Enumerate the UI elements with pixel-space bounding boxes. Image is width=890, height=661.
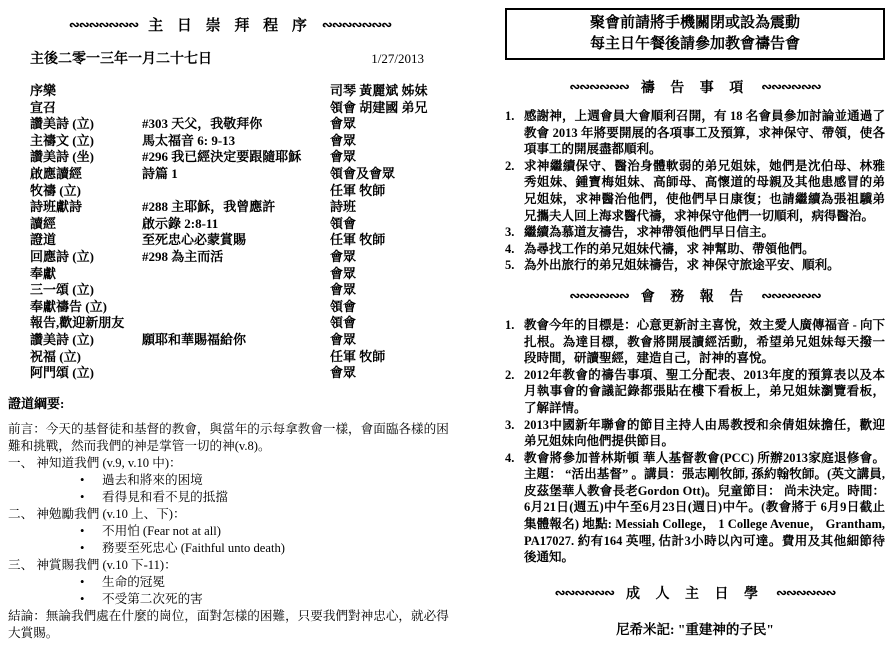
report-item: 4.教會將參加普林斯頓 華人基督教會(PCC) 所辦2013家庭退修會。主題： …	[505, 450, 885, 566]
prayer-section-heading: 禱 告 事 項	[641, 77, 750, 97]
program-item-detail: 馬太福音 6: 9-13	[142, 133, 330, 150]
outline-bullet-text: 不受第二次死的害	[102, 591, 203, 608]
swirl-divider-icon: ∾∾∾∾∾∾	[569, 79, 628, 95]
program-row: 牧禱 (立)任軍 牧師	[30, 183, 452, 200]
swirl-divider-icon: ∾∾∾∾∾∾	[555, 585, 614, 601]
program-item-label: 三一頌 (立)	[30, 282, 142, 299]
swirl-divider-icon: ∾∾∾∾∾∾	[761, 288, 820, 304]
program-row: 讀經啟示錄 2:8-11領會	[30, 216, 452, 233]
item-number: 4.	[505, 450, 524, 566]
report-item: 1.教會今年的目標是：心意更新討主喜悅，效主愛人廣傳福音 - 向下扎根。為達目標…	[505, 317, 885, 367]
program-item-leader: 領會	[330, 216, 452, 233]
item-number: 5.	[505, 257, 524, 274]
worship-program-column: ∾∾∾∾∾∾∾ 主 日 崇 拜 程 序 ∾∾∾∾∾∾∾ 主後二零一三年一月二十七…	[8, 14, 452, 642]
program-row: 奉獻禱告 (立)領會	[30, 299, 452, 316]
program-item-leader: 司琴 黃麗斌 姊妹	[330, 83, 452, 100]
item-text: 教會將參加普林斯頓 華人基督教會(PCC) 所辦2013家庭退修會。主題： “活…	[524, 450, 885, 566]
program-item-label: 回應詩 (立)	[30, 249, 142, 266]
program-row: 回應詩 (立)#298 為主而活會眾	[30, 249, 452, 266]
date-numeric: 1/27/2013	[371, 51, 424, 67]
program-item-detail	[142, 83, 330, 100]
swirl-divider-icon: ∾∾∾∾∾∾∾	[322, 17, 391, 33]
prayer-section-heading-row: ∾∾∾∾∾∾ 禱 告 事 項 ∾∾∾∾∾∾	[505, 77, 885, 97]
program-item-leader: 詩班	[330, 199, 452, 216]
outline-bullet-item: •過去和將來的困境	[8, 472, 452, 489]
program-item-leader: 會眾	[330, 266, 452, 283]
program-item-detail: #303 天父，我敬拜你	[142, 116, 330, 133]
program-item-detail	[142, 183, 330, 200]
program-item-leader: 任軍 牧師	[330, 349, 452, 366]
program-row: 啟應讀經詩篇 1領會及會眾	[30, 166, 452, 183]
bullet-icon: •	[80, 472, 102, 489]
program-item-detail: 至死忠心必蒙賞賜	[142, 232, 330, 249]
item-text: 教會今年的目標是：心意更新討主喜悅，效主愛人廣傳福音 - 向下扎根。為達目標，教…	[524, 317, 885, 367]
item-number: 1.	[505, 108, 524, 158]
program-row: 報告,歡迎新朋友領會	[30, 315, 452, 332]
item-number: 4.	[505, 241, 524, 258]
report-section-heading-row: ∾∾∾∾∾∾ 會 務 報 告 ∾∾∾∾∾∾	[505, 286, 885, 306]
church-bulletin-page: ∾∾∾∾∾∾∾ 主 日 崇 拜 程 序 ∾∾∾∾∾∾∾ 主後二零一三年一月二十七…	[0, 0, 890, 661]
item-number: 2.	[505, 158, 524, 224]
prayer-item: 1.感謝神，上週會員大會順利召開，有 18 名會員參加討論並通過了教會 2013…	[505, 108, 885, 158]
program-item-leader: 會眾	[330, 149, 452, 166]
program-item-label: 報告,歡迎新朋友	[30, 315, 142, 332]
program-item-leader: 任軍 牧師	[330, 232, 452, 249]
date-chinese: 主後二零一三年一月二十七日	[30, 48, 212, 68]
program-item-leader: 會眾	[330, 332, 452, 349]
program-row: 詩班獻詩#288 主耶穌，我曾應許詩班	[30, 199, 452, 216]
item-text: 繼續為慕道友禱告，求神帶領他們早日信主。	[524, 224, 885, 241]
swirl-divider-icon: ∾∾∾∾∾∾	[776, 585, 835, 601]
program-item-label: 主禱文 (立)	[30, 133, 142, 150]
sunday-school-heading: 成 人 主 日 學	[626, 583, 764, 603]
program-item-detail: #298 為主而活	[142, 249, 330, 266]
program-row: 序樂司琴 黃麗斌 姊妹	[30, 83, 452, 100]
item-text: 為外出旅行的弟兄姐妹禱告，求 神保守旅途平安、順利。	[524, 257, 885, 274]
program-item-leader: 會眾	[330, 365, 452, 382]
sermon-outline: 證道綱要: 前言：今天的基督徒和基督的教會，與當年的示每拿教會一樣，會面臨各樣的…	[8, 395, 452, 642]
program-row: 宣召領會 胡建國 弟兄	[30, 100, 452, 117]
item-number: 1.	[505, 317, 524, 367]
swirl-divider-icon: ∾∾∾∾∾∾	[761, 79, 820, 95]
program-item-label: 奉獻禱告 (立)	[30, 299, 142, 316]
prayer-item: 4.為尋找工作的弟兄姐妹代禱，求 神幫助、帶領他們。	[505, 241, 885, 258]
program-item-detail	[142, 365, 330, 382]
program-item-label: 祝福 (立)	[30, 349, 142, 366]
item-text: 2012年教會的禱告事項、聖工分配表、2013年度的預算表以及本月執事會的會議記…	[524, 367, 885, 417]
bullet-icon: •	[80, 540, 102, 557]
outline-bullet-text: 過去和將來的困境	[102, 472, 203, 489]
outline-section-title: 三、 神賞賜我們 (v.10 下-11)：	[8, 557, 452, 574]
report-items-list: 1.教會今年的目標是：心意更新討主喜悅，效主愛人廣傳福音 - 向下扎根。為達目標…	[505, 317, 885, 566]
item-text: 感謝神，上週會員大會順利召開，有 18 名會員參加討論並通過了教會 2013 年…	[524, 108, 885, 158]
outline-bullet-text: 不用怕 (Fear not at all)	[102, 523, 221, 540]
worship-program-title-row: ∾∾∾∾∾∾∾ 主 日 崇 拜 程 序 ∾∾∾∾∾∾∾	[8, 14, 452, 35]
program-item-detail	[142, 100, 330, 117]
item-text: 2013中國新年聯會的節目主持人由馬教授和余倩姐妹擔任，歡迎弟兄姐妹向他們提供節…	[524, 417, 885, 450]
program-row: 讚美詩 (立)願耶和華賜福給你會眾	[30, 332, 452, 349]
outline-bullet-text: 生命的冠冕	[102, 574, 165, 591]
notice-line-2: 每主日午餐後請參加教會禱告會	[509, 34, 881, 55]
program-item-label: 讚美詩 (坐)	[30, 149, 142, 166]
item-number: 3.	[505, 417, 524, 450]
sermon-outline-sections: 一、 神知道我們 (v.9, v.10 中)：•過去和將來的困境•看得見和看不見…	[8, 455, 452, 608]
program-row: 祝福 (立)任軍 牧師	[30, 349, 452, 366]
program-item-detail: 願耶和華賜福給你	[142, 332, 330, 349]
program-item-detail	[142, 282, 330, 299]
program-item-label: 牧禱 (立)	[30, 183, 142, 200]
program-item-leader: 會眾	[330, 133, 452, 150]
program-item-label: 阿門頌 (立)	[30, 365, 142, 382]
program-item-label: 宣召	[30, 100, 142, 117]
program-item-label: 序樂	[30, 83, 142, 100]
outline-bullet-item: •不用怕 (Fear not at all)	[8, 523, 452, 540]
program-item-detail	[142, 266, 330, 283]
program-item-label: 證道	[30, 232, 142, 249]
bullet-icon: •	[80, 574, 102, 591]
notice-box: 聚會前請將手機關閉或設為震動 每主日午餐後請參加教會禱告會	[505, 8, 885, 60]
announcements-column: 聚會前請將手機關閉或設為震動 每主日午餐後請參加教會禱告會 ∾∾∾∾∾∾ 禱 告…	[505, 8, 885, 638]
program-item-label: 奉獻	[30, 266, 142, 283]
program-row: 讚美詩 (坐)#296 我已經決定要跟隨耶穌會眾	[30, 149, 452, 166]
program-item-detail	[142, 299, 330, 316]
item-text: 為尋找工作的弟兄姐妹代禱，求 神幫助、帶領他們。	[524, 241, 885, 258]
program-item-leader: 領會	[330, 315, 452, 332]
program-row: 主禱文 (立)馬太福音 6: 9-13會眾	[30, 133, 452, 150]
outline-bullet-item: •生命的冠冕	[8, 574, 452, 591]
program-item-detail	[142, 315, 330, 332]
program-item-leader: 會眾	[330, 116, 452, 133]
report-section-heading: 會 務 報 告	[641, 286, 750, 306]
sunday-school-heading-row: ∾∾∾∾∾∾ 成 人 主 日 學 ∾∾∾∾∾∾	[505, 583, 885, 603]
item-number: 3.	[505, 224, 524, 241]
program-item-leader: 任軍 牧師	[330, 183, 452, 200]
swirl-divider-icon: ∾∾∾∾∾∾	[569, 288, 628, 304]
item-text: 求神繼續保守、醫治身體軟弱的弟兄姐妹，她們是沈伯母、林雅秀姐妹、鍾寶梅姐妹、高師…	[524, 158, 885, 224]
outline-section-title: 一、 神知道我們 (v.9, v.10 中)：	[8, 455, 452, 472]
bullet-icon: •	[80, 591, 102, 608]
swirl-divider-icon: ∾∾∾∾∾∾∾	[69, 17, 138, 33]
program-item-detail: #296 我已經決定要跟隨耶穌	[142, 149, 330, 166]
outline-bullet-item: •務要至死忠心 (Faithful unto death)	[8, 540, 452, 557]
prayer-item: 3.繼續為慕道友禱告，求神帶領他們早日信主。	[505, 224, 885, 241]
program-item-label: 讚美詩 (立)	[30, 332, 142, 349]
sunday-school-subtitle: 尼希米記: "重建神的子民"	[505, 618, 885, 638]
program-item-label: 詩班獻詩	[30, 199, 142, 216]
sermon-outline-heading: 證道綱要:	[8, 395, 452, 412]
program-row: 讚美詩 (立)#303 天父，我敬拜你會眾	[30, 116, 452, 133]
program-row: 阿門頌 (立)會眾	[30, 365, 452, 382]
program-row: 奉獻會眾	[30, 266, 452, 283]
bullet-icon: •	[80, 489, 102, 506]
outline-section-title: 二、 神勉勵我們 (v.10 上、下)：	[8, 506, 452, 523]
report-item: 3.2013中國新年聯會的節目主持人由馬教授和余倩姐妹擔任，歡迎弟兄姐妹向他們提…	[505, 417, 885, 450]
program-item-leader: 會眾	[330, 249, 452, 266]
outline-bullet-item: •看得見和看不見的抵擋	[8, 489, 452, 506]
report-item: 2.2012年教會的禱告事項、聖工分配表、2013年度的預算表以及本月執事會的會…	[505, 367, 885, 417]
program-item-label: 讚美詩 (立)	[30, 116, 142, 133]
program-list: 序樂司琴 黃麗斌 姊妹宣召領會 胡建國 弟兄讚美詩 (立)#303 天父，我敬拜…	[30, 83, 452, 382]
program-row: 三一頌 (立)會眾	[30, 282, 452, 299]
sermon-outline-conclusion: 結論：無論我們處在什麼的崗位，面對怎樣的困難，只要我們對神忠心，就必得大賞賜。	[8, 608, 452, 642]
prayer-item: 5.為外出旅行的弟兄姐妹禱告，求 神保守旅途平安、順利。	[505, 257, 885, 274]
outline-bullet-text: 看得見和看不見的抵擋	[102, 489, 228, 506]
program-item-detail: 啟示錄 2:8-11	[142, 216, 330, 233]
program-item-leader: 會眾	[330, 282, 452, 299]
bullet-icon: •	[80, 523, 102, 540]
program-item-leader: 領會 胡建國 弟兄	[330, 100, 452, 117]
program-item-leader: 領會及會眾	[330, 166, 452, 183]
program-item-label: 讀經	[30, 216, 142, 233]
program-row: 證道至死忠心必蒙賞賜任軍 牧師	[30, 232, 452, 249]
program-item-leader: 領會	[330, 299, 452, 316]
outline-bullet-text: 務要至死忠心 (Faithful unto death)	[102, 540, 285, 557]
program-item-detail	[142, 349, 330, 366]
date-row: 主後二零一三年一月二十七日 1/27/2013	[30, 48, 424, 68]
sermon-outline-intro: 前言：今天的基督徒和基督的教會，與當年的示每拿教會一樣，會面臨各樣的困難和挑戰，…	[8, 421, 452, 455]
program-item-label: 啟應讀經	[30, 166, 142, 183]
notice-line-1: 聚會前請將手機關閉或設為震動	[509, 13, 881, 34]
program-item-detail: #288 主耶穌，我曾應許	[142, 199, 330, 216]
item-number: 2.	[505, 367, 524, 417]
prayer-items-list: 1.感謝神，上週會員大會順利召開，有 18 名會員參加討論並通過了教會 2013…	[505, 108, 885, 274]
worship-program-title: 主 日 崇 拜 程 序	[148, 14, 312, 35]
outline-bullet-item: •不受第二次死的害	[8, 591, 452, 608]
program-item-detail: 詩篇 1	[142, 166, 330, 183]
prayer-item: 2.求神繼續保守、醫治身體軟弱的弟兄姐妹，她們是沈伯母、林雅秀姐妹、鍾寶梅姐妹、…	[505, 158, 885, 224]
